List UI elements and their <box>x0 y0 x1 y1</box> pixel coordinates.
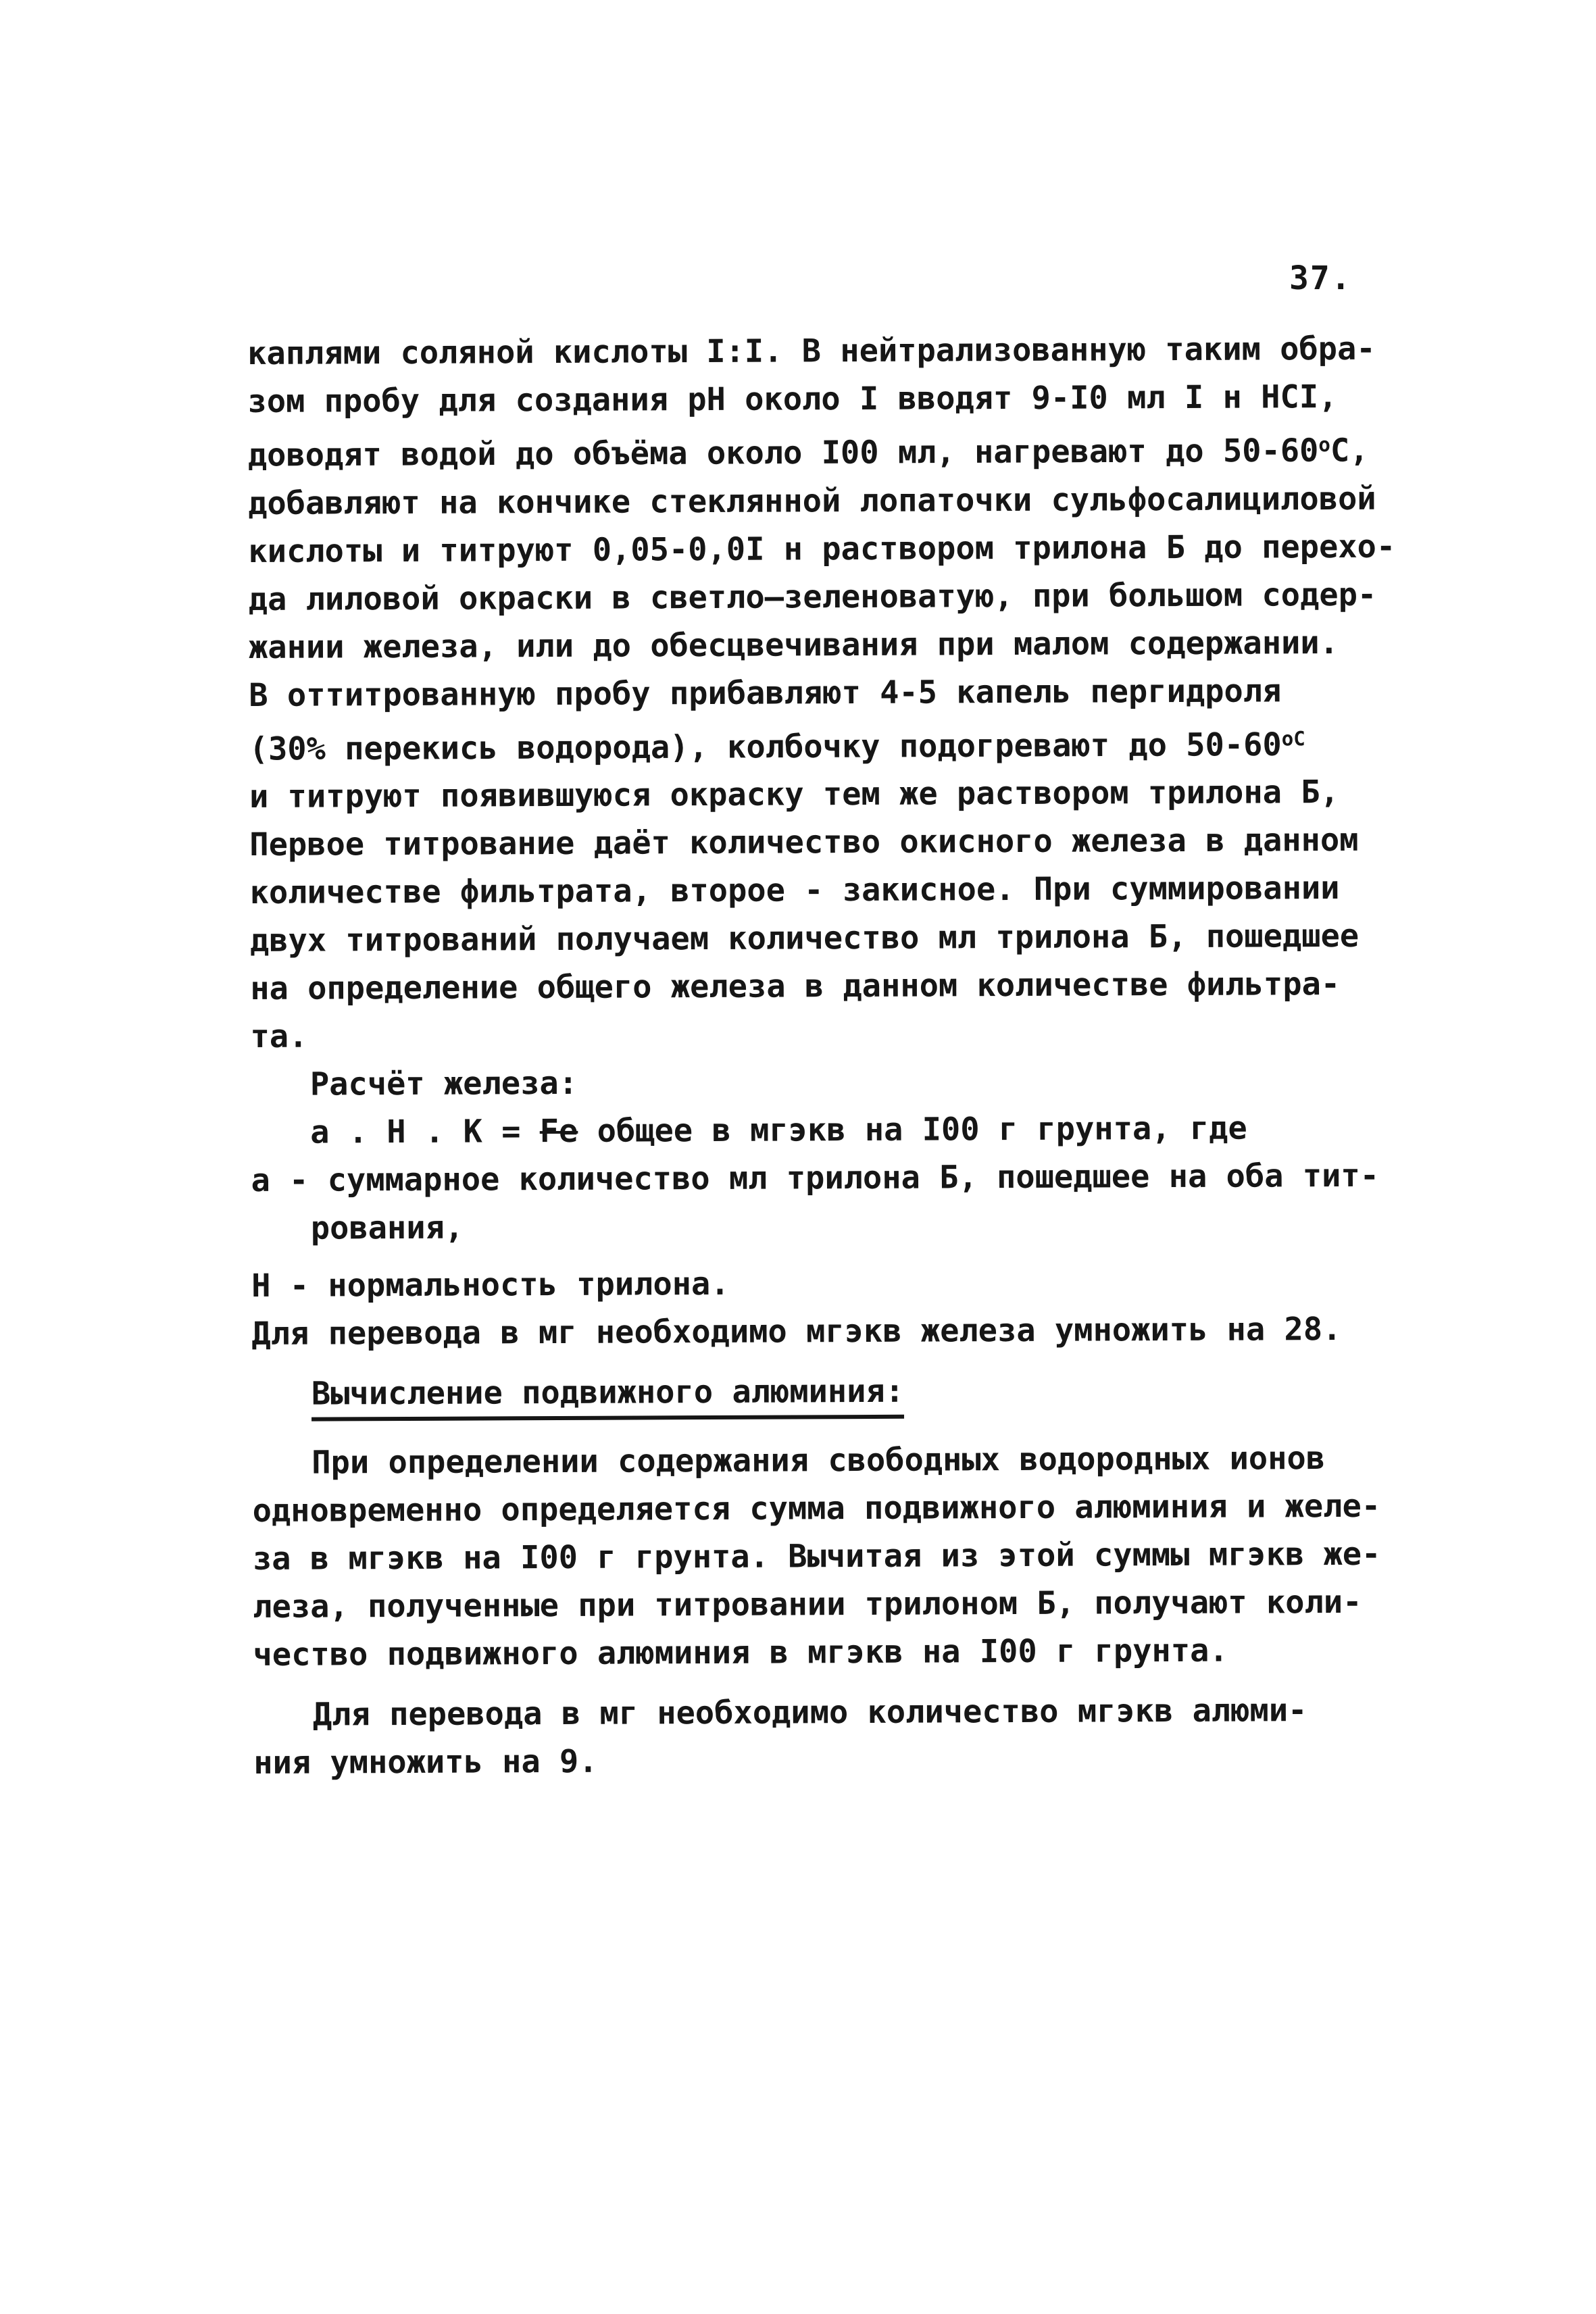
text-line: добавляют на кончике стеклянной лопаточк… <box>248 474 1410 528</box>
formula-fe-symbol: Fe <box>540 1113 578 1150</box>
paragraph-titration: каплями соляной кислоты I:I. В нейтрализ… <box>247 324 1413 1061</box>
iron-calculation-heading: Расчёт железа: <box>251 1056 1413 1109</box>
text-line: количестве фильтрата, второе - закисное.… <box>249 864 1412 917</box>
text-line: Первое титрование даёт количество окисно… <box>249 816 1412 870</box>
formula-left: а . Н . К = <box>310 1113 540 1151</box>
text-segment: доводят водой до объёма около I00 мл, на… <box>248 432 1319 474</box>
text-line: рования, <box>251 1200 1414 1253</box>
text-segment: (30% перекись водорода), колбочку подогр… <box>249 726 1282 768</box>
text-line: леза, полученные при титровании трилоном… <box>253 1578 1415 1632</box>
scanned-document-page: 37. каплями соляной кислоты I:I. В нейтр… <box>0 0 1596 2314</box>
text-line: на определение общего железа в данном ко… <box>250 960 1412 1013</box>
text-line: чество подвижного алюминия в мгэкв на I0… <box>253 1626 1415 1680</box>
text-line: одновременно определяется сумма подвижно… <box>252 1482 1414 1536</box>
text-line: двух титрований получаем количество мл т… <box>250 912 1412 965</box>
text-line: а - суммарное количество мл трилона Б, п… <box>251 1152 1413 1205</box>
text-line: за в мгэкв на I00 г грунта. Вычитая из э… <box>253 1530 1415 1584</box>
formula-right: общее в мгэкв на I00 г грунта, где <box>578 1110 1247 1150</box>
text-line: и титруют появившуюся окраску тем же рас… <box>249 768 1412 822</box>
document-text-block: каплями соляной кислоты I:I. В нейтрализ… <box>247 324 1416 1787</box>
text-segment: С, <box>1330 432 1369 469</box>
text-line: Для перевода в мг необходимо мгэкв желез… <box>251 1305 1414 1359</box>
text-line: В оттитрованную пробу прибавляют 4-5 кап… <box>249 666 1411 720</box>
text-line: да лиловой окраски в светло—зеленоватую,… <box>249 570 1411 624</box>
iron-formula-line: а . Н . К = Fe общее в мгэкв на I00 г гр… <box>251 1104 1413 1157</box>
text-line: зом пробу для создания рН около I вводят… <box>247 372 1410 426</box>
degree-superscript: оС <box>1282 727 1305 750</box>
text-line: (30% перекись водорода), колбочку подогр… <box>249 714 1412 773</box>
degree-superscript: о <box>1318 433 1330 456</box>
text-line: доводят водой до объёма около I00 мл, на… <box>248 420 1410 479</box>
page-number: 37. <box>1289 259 1352 297</box>
section-aluminium-calculation: Вычисление подвижного алюминия: При опре… <box>252 1365 1416 1787</box>
text-line: Н - нормальность трилона. <box>251 1257 1414 1311</box>
text-line: кислоты и титруют 0,05-0,0I н раствором … <box>248 522 1410 576</box>
text-line: каплями соляной кислоты I:I. В нейтрализ… <box>247 324 1410 378</box>
text-line: жании железа, или до обесцвечивания при … <box>249 618 1411 672</box>
text-line: ния умножить на 9. <box>253 1734 1416 1788</box>
text-line: Для перевода в мг необходимо количество … <box>253 1686 1416 1740</box>
aluminium-heading-line: Вычисление подвижного алюминия: <box>252 1365 1414 1422</box>
text-line: При определении содержания свободных вод… <box>252 1434 1414 1488</box>
section-iron-calculation: Расчёт железа: а . Н . К = Fe общее в мг… <box>251 1056 1414 1359</box>
aluminium-calculation-heading: Вычисление подвижного алюминия: <box>311 1371 905 1422</box>
text-line: та. <box>250 1008 1412 1061</box>
